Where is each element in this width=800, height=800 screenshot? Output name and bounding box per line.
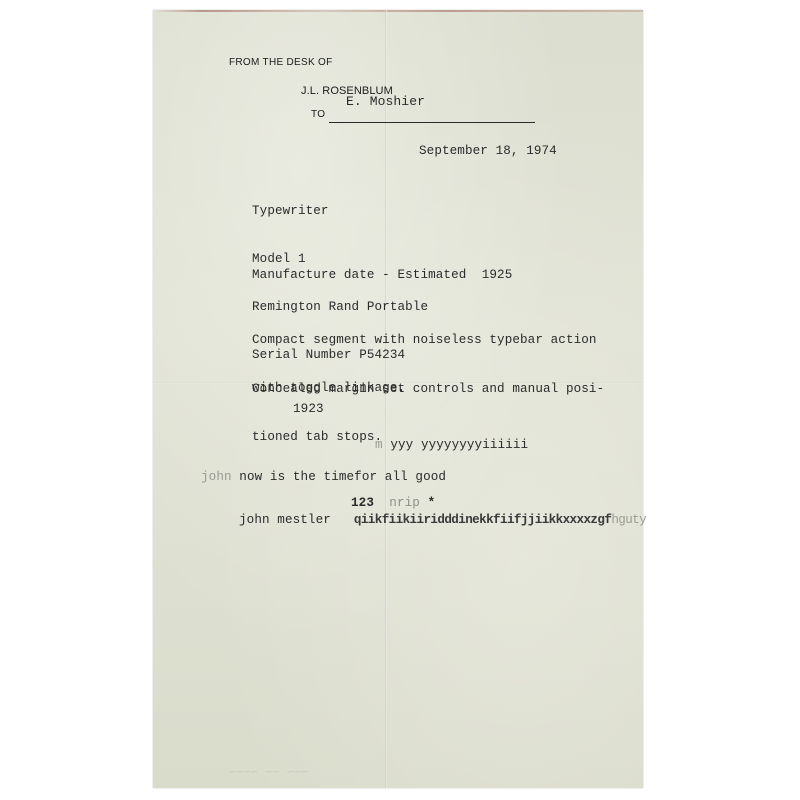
letterhead-from-label: FROM THE DESK OF (229, 57, 333, 68)
spec-line-type: Typewriter (252, 203, 428, 219)
test-sentence-faint: john (201, 470, 232, 484)
signature-name: john mestler (239, 513, 331, 527)
bleed-through-mark: ~~~ ~~ ~~~~ (229, 766, 308, 780)
test-year: 1923 (293, 401, 324, 417)
manufacture-date: Manufacture date - Estimated 1925 (252, 267, 512, 283)
paragraph-line: Compact segment with noiseless typebar a… (252, 332, 597, 348)
test-y-line-faint: m (375, 438, 390, 452)
signature-garble-faint: hguty (611, 513, 646, 527)
test-sentence: john now is the timefor all good (201, 469, 446, 485)
spec-line-model: Model 1 (252, 251, 428, 267)
paragraph-line: Concealed margin set controls and manual… (252, 381, 604, 397)
test-overstrike-line: 123 nrip * (351, 495, 435, 511)
letter-date: September 18, 1974 (419, 143, 557, 159)
test-y-line: m yyy yyyyyyyyiiiiii (375, 437, 528, 453)
overstrike-faint-text: nrip (374, 496, 428, 510)
letterhead-to-label: TO (311, 109, 325, 120)
overstrike-mark: * (428, 496, 436, 510)
letter-paper: FROM THE DESK OF J.L. ROSENBLUM E. Moshi… (153, 10, 643, 788)
test-sentence-text: now is the timefor all good (232, 470, 446, 484)
recipient-underline (329, 122, 535, 123)
signature-line: john mestler qiikfiikiiridddinekkfiifjji… (239, 512, 646, 528)
overstrike-numbers: 123 (351, 496, 374, 510)
recipient-name: E. Moshier (346, 94, 425, 110)
test-y-line-text: yyy yyyyyyyyiiiiii (390, 438, 528, 452)
signature-garble: qiikfiikiiridddinekkfiifjjiikkxxxxzgf (354, 513, 611, 527)
